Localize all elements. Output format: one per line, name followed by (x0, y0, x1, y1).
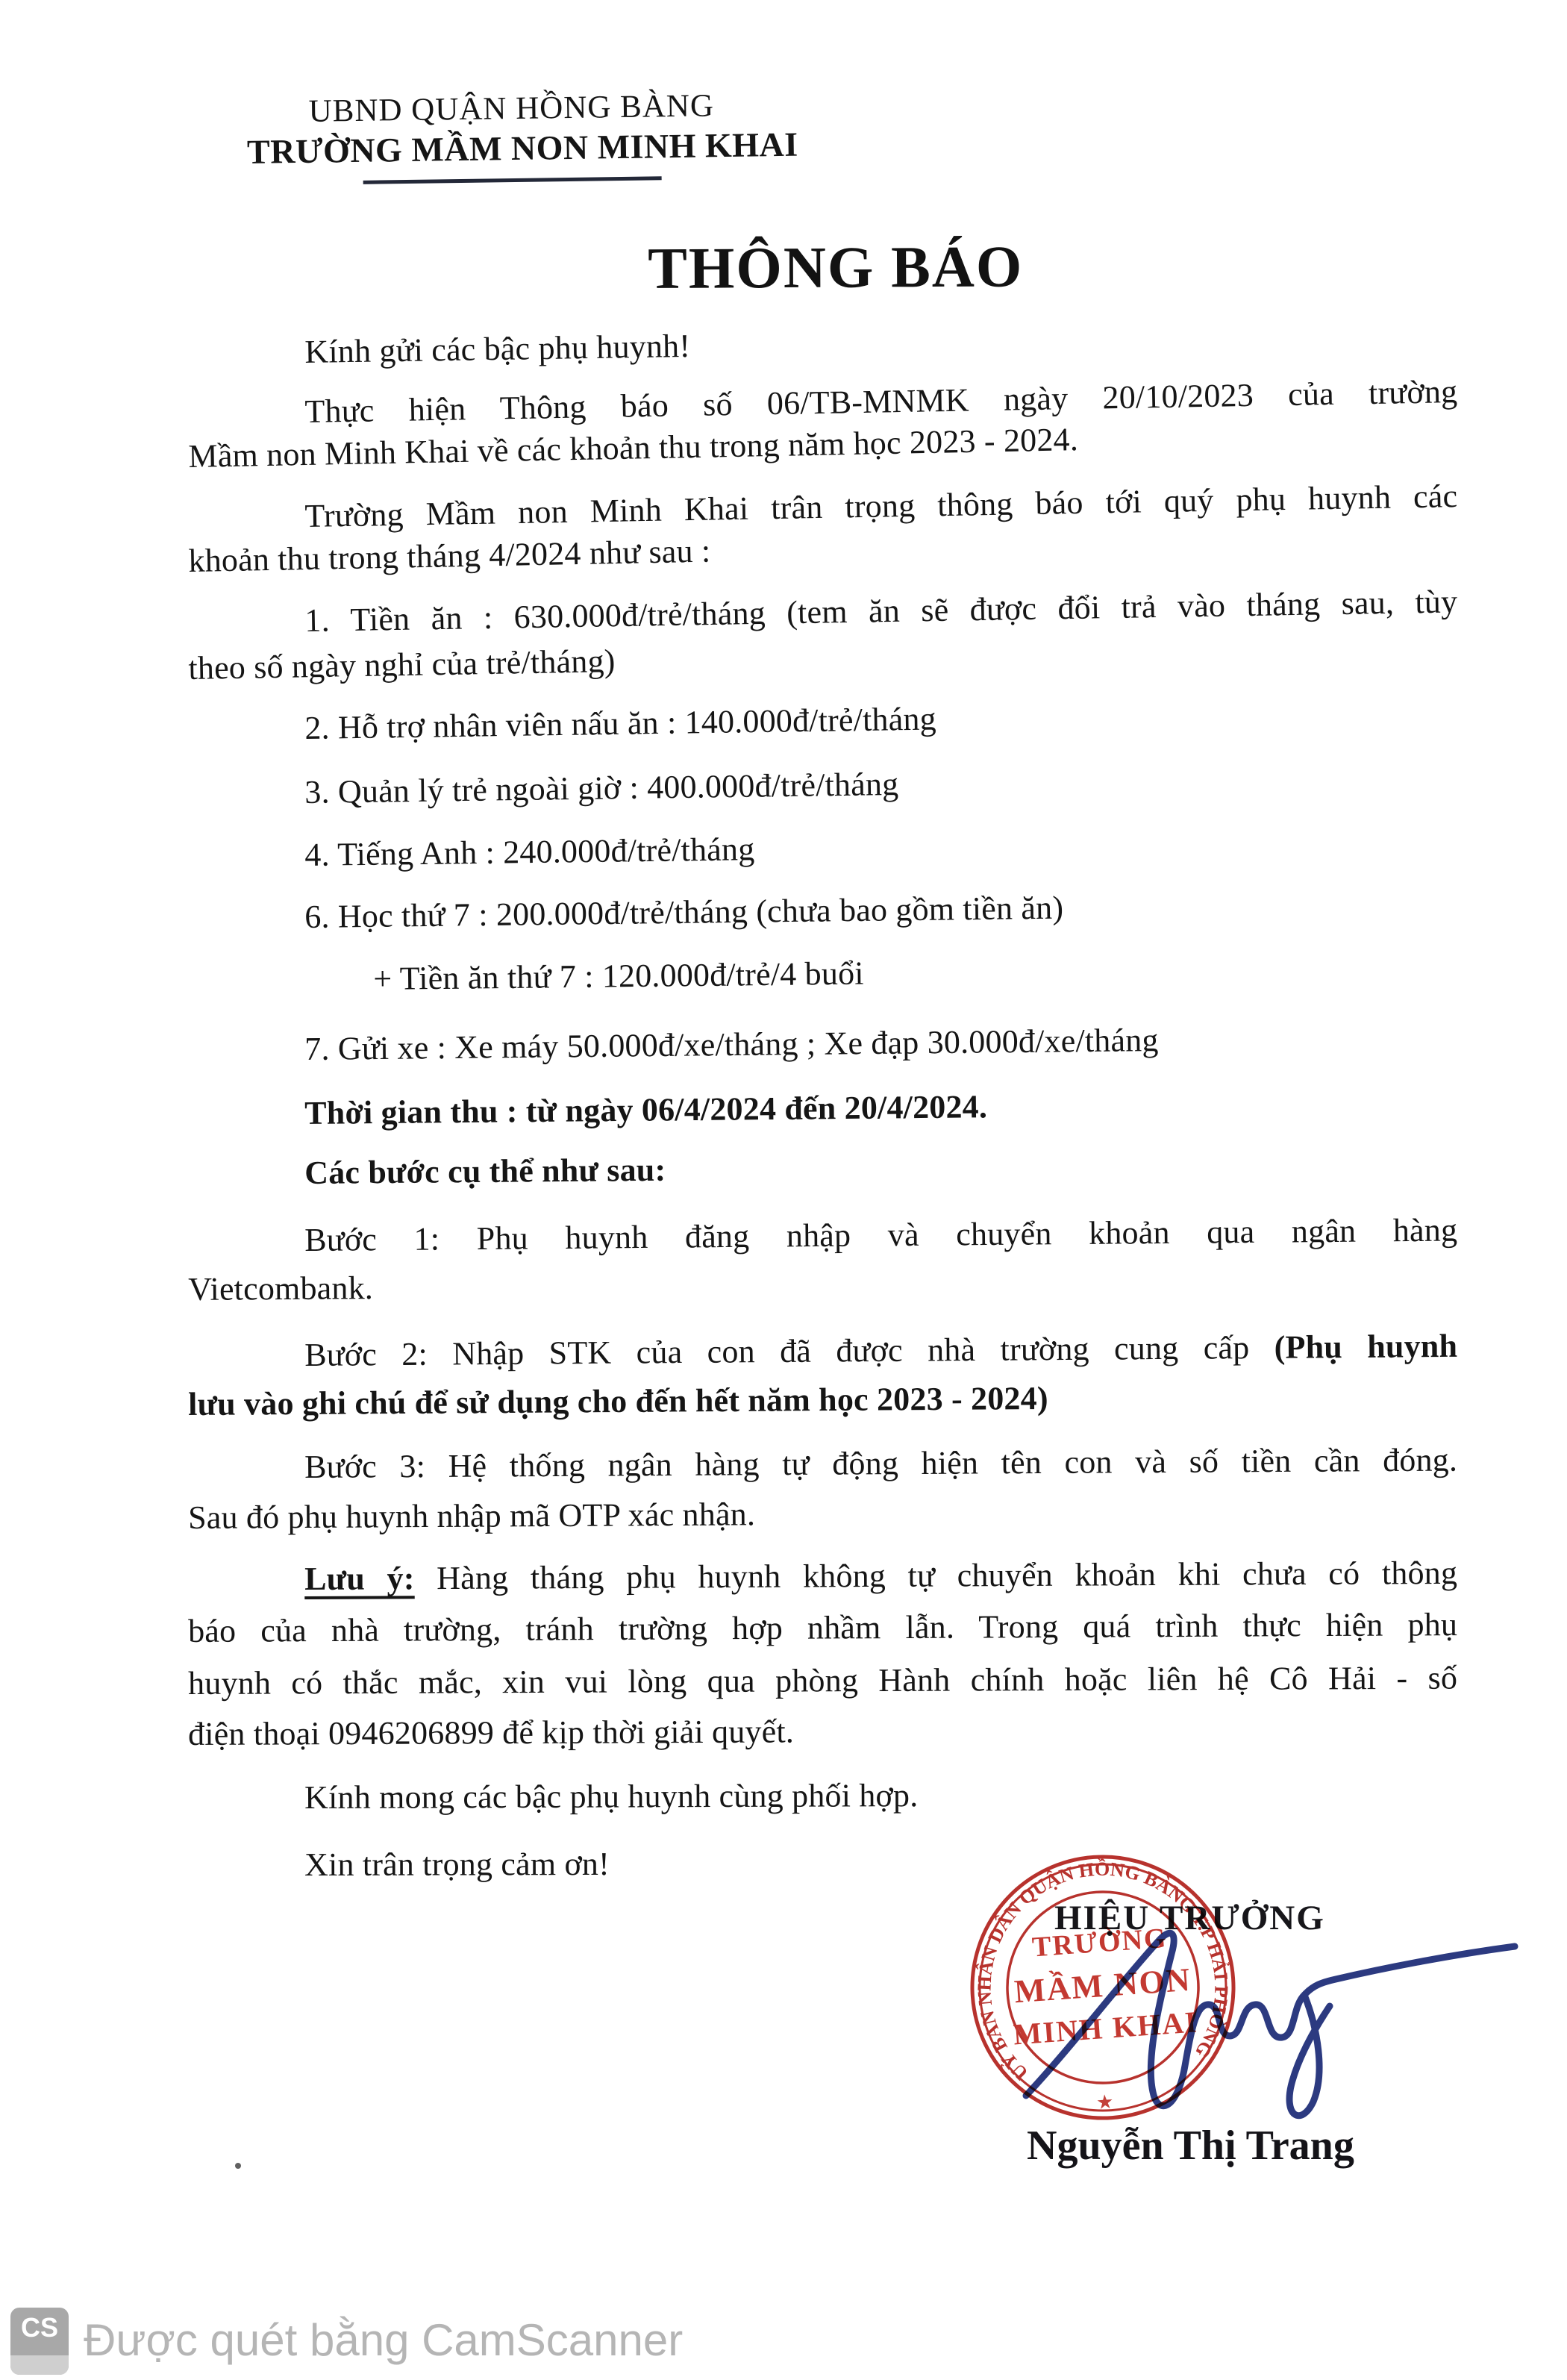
principal-signature-stroke (985, 1917, 1522, 2133)
body-line-8-text: 2. Hỗ trợ nhân viên nấu ăn : 140.000đ/tr… (304, 700, 936, 746)
body-line-26-text: Kính mong các bậc phụ huynh cùng phối hợ… (304, 1777, 918, 1816)
body-line-22-text: Lưu ý: (304, 1560, 415, 1597)
header-org-parent: UBND QUẬN HỒNG BÀNG (246, 87, 777, 131)
body-line-21-text: Sau đó phụ huynh nhập mã OTP xác nhận. (188, 1496, 755, 1536)
body-line-22-text: Hàng tháng phụ huynh không tự chuyển kho… (414, 1555, 1457, 1596)
header-underline-rule (363, 176, 662, 184)
body-line-13-text: 7. Gửi xe : Xe máy 50.000đ/xe/tháng ; Xe… (304, 1022, 1159, 1067)
body-line-7-text: theo số ngày nghỉ của trẻ/tháng) (188, 643, 616, 687)
header-org-school: TRƯỜNG MẦM NON MINH KHAI (247, 125, 778, 172)
document-title: THÔNG BÁO (648, 234, 1024, 303)
body-line-14-text: Thời gian thu : từ ngày 06/4/2024 đến 20… (304, 1088, 987, 1131)
scanned-announcement-page: UBND QUẬN HỒNG BÀNG TRƯỜNG MẦM NON MINH … (0, 0, 1567, 2380)
body-line-24-text: huynh có thắc mắc, xin vui lòng qua phòn… (188, 1660, 1457, 1702)
camscanner-icon: CS (10, 2308, 69, 2375)
body-line-10-text: 4. Tiếng Anh : 240.000đ/trẻ/tháng (304, 831, 755, 873)
body-line-20-text: Bước 3: Hệ thống ngân hàng tự động hiện … (304, 1442, 1457, 1485)
body-line-25: điện thoại 0946206899 để kịp thời giải q… (188, 1712, 794, 1753)
body-line-12-text: + Tiền ăn thứ 7 : 120.000đ/trẻ/4 buổi (373, 955, 864, 997)
body-line-1-text: Kính gửi các bậc phụ huynh! (304, 328, 690, 370)
body-line-9-text: 3. Quản lý trẻ ngoài giờ : 400.000đ/trẻ/… (304, 766, 899, 810)
body-line-5: khoản thu trong tháng 4/2024 như sau : (188, 532, 711, 581)
body-line-16: Bước 1: Phụ huynh đăng nhập và chuyển kh… (304, 1211, 1457, 1260)
body-line-11-text: 6. Học thứ 7 : 200.000đ/trẻ/tháng (chưa … (304, 890, 1063, 935)
camscanner-icon-label: CS (10, 2312, 69, 2343)
scan-speck (235, 2163, 241, 2169)
body-line-4: Trường Mầm non Minh Khai trân trọng thôn… (304, 477, 1458, 536)
body-line-12: + Tiền ăn thứ 7 : 120.000đ/trẻ/4 buổi (373, 955, 864, 999)
body-line-20: Bước 3: Hệ thống ngân hàng tự động hiện … (304, 1441, 1457, 1487)
body-line-19: lưu vào ghi chú để sử dụng cho đến hết n… (188, 1379, 1048, 1424)
signature-name: Nguyễn Thị Trang (1027, 2122, 1354, 2170)
body-line-13: 7. Gửi xe : Xe máy 50.000đ/xe/tháng ; Xe… (304, 1021, 1159, 1069)
camscanner-watermark-text: Được quét bằng CamScanner (84, 2305, 683, 2376)
body-line-26: Kính mong các bậc phụ huynh cùng phối hợ… (304, 1776, 918, 1817)
body-line-23-text: báo của nhà trường, tránh trường hợp nhầ… (188, 1606, 1457, 1649)
body-line-17: Vietcombank. (188, 1269, 373, 1309)
body-line-10: 4. Tiếng Anh : 240.000đ/trẻ/tháng (304, 830, 755, 875)
body-line-14: Thời gian thu : từ ngày 06/4/2024 đến 20… (304, 1087, 987, 1133)
body-line-15: Các bước cụ thể như sau: (304, 1151, 666, 1193)
body-line-23: báo của nhà trường, tránh trường hợp nhầ… (188, 1605, 1457, 1651)
body-line-24: huynh có thắc mắc, xin vui lòng qua phòn… (188, 1659, 1457, 1703)
header-org-block: UBND QUẬN HỒNG BÀNG TRƯỜNG MẦM NON MINH … (246, 87, 778, 186)
body-line-4-text: Trường Mầm non Minh Khai trân trọng thôn… (304, 478, 1458, 534)
body-line-1: Kính gửi các bậc phụ huynh! (304, 327, 691, 372)
body-line-15-text: Các bước cụ thể như sau: (304, 1152, 666, 1191)
body-line-18-text: Bước 2: Nhập STK của con đã được nhà trư… (304, 1329, 1274, 1373)
body-line-5-text: khoản thu trong tháng 4/2024 như sau : (188, 533, 711, 579)
body-line-27: Xin trân trọng cảm ơn! (304, 1845, 610, 1884)
body-line-27-text: Xin trân trọng cảm ơn! (304, 1846, 610, 1883)
body-line-6-text: 1. Tiền ăn : 630.000đ/trẻ/tháng (tem ăn … (304, 583, 1458, 639)
body-line-6: 1. Tiền ăn : 630.000đ/trẻ/tháng (tem ăn … (304, 582, 1458, 640)
body-line-21: Sau đó phụ huynh nhập mã OTP xác nhận. (188, 1495, 755, 1537)
body-line-18: Bước 2: Nhập STK của con đã được nhà trư… (304, 1327, 1457, 1375)
camscanner-icon-band (10, 2355, 69, 2375)
body-line-17-text: Vietcombank. (188, 1269, 373, 1308)
body-line-7: theo số ngày nghỉ của trẻ/tháng) (188, 642, 616, 688)
body-line-9: 3. Quản lý trẻ ngoài giờ : 400.000đ/trẻ/… (304, 765, 899, 812)
body-line-8: 2. Hỗ trợ nhân viên nấu ăn : 140.000đ/tr… (304, 699, 936, 747)
body-line-2: Thực hiện Thông báo số 06/TB-MNMK ngày 2… (304, 372, 1458, 431)
body-line-16-text: Bước 1: Phụ huynh đăng nhập và chuyển kh… (304, 1212, 1457, 1258)
body-line-18-text: (Phụ huynh (1274, 1328, 1457, 1366)
body-line-19-text: lưu vào ghi chú để sử dụng cho đến hết n… (188, 1380, 1048, 1422)
body-line-22: Lưu ý: Hàng tháng phụ huynh không tự chu… (304, 1554, 1457, 1599)
body-line-25-text: điện thoại 0946206899 để kịp thời giải q… (188, 1713, 794, 1752)
body-line-11: 6. Học thứ 7 : 200.000đ/trẻ/tháng (chưa … (304, 889, 1063, 937)
body-line-2-text: Thực hiện Thông báo số 06/TB-MNMK ngày 2… (304, 373, 1458, 430)
